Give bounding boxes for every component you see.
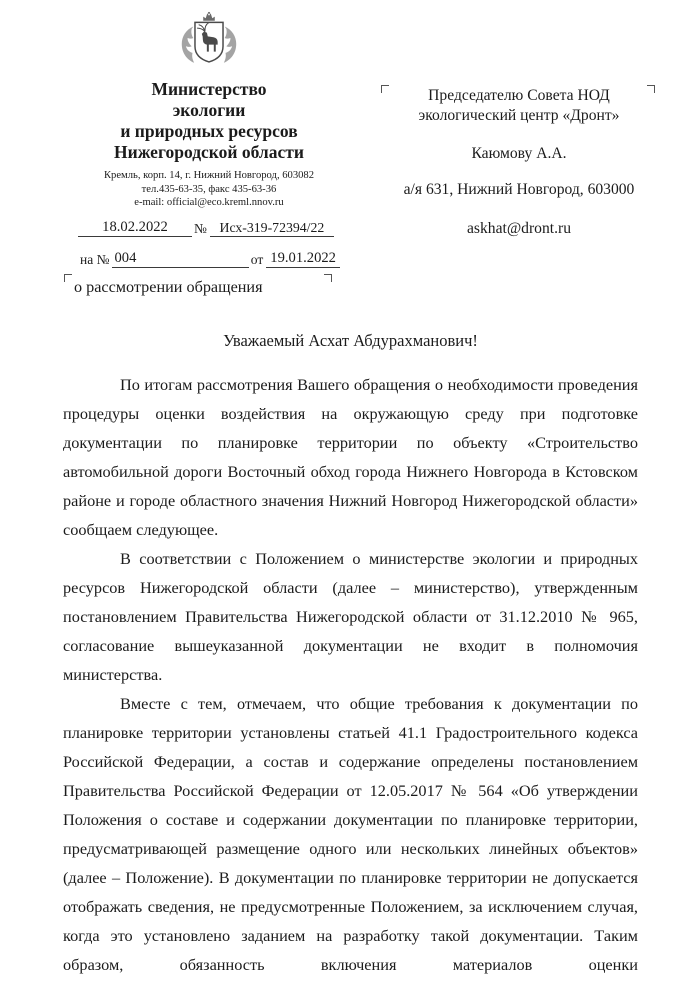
salutation: Уважаемый Асхат Абдурахманович! xyxy=(63,331,638,351)
corner-mark-top-left xyxy=(381,85,389,93)
reply-to-label: на № xyxy=(78,252,112,268)
addressee-postal-address: а/я 631, Нижний Новгород, 603000 xyxy=(383,180,655,200)
addressee-organization: экологический центр «Дронт» xyxy=(383,106,655,126)
incoming-ref-row: на № 004 от 19.01.2022 xyxy=(78,250,340,268)
body-paragraph: По итогам рассмотрения Вашего обращения … xyxy=(63,370,638,544)
subject-text: о рассмотрении обращения xyxy=(74,278,263,296)
org-name-line: экологии xyxy=(78,100,340,121)
outgoing-date: 18.02.2022 xyxy=(78,219,192,237)
corner-mark-top-right xyxy=(647,85,655,93)
org-name-line: и природных ресурсов xyxy=(78,121,340,142)
body-paragraph: В соответствии с Положением о министерст… xyxy=(63,544,638,689)
reference-block: 18.02.2022 № Исх-319-72394/22 на № 004 о… xyxy=(78,219,340,268)
addressee-email: askhat@dront.ru xyxy=(383,219,655,239)
org-contacts: Кремль, корп. 14, г. Нижний Новгород, 60… xyxy=(78,169,340,210)
outgoing-ref-row: 18.02.2022 № Исх-319-72394/22 xyxy=(78,219,340,237)
letter-body: По итогам рассмотрения Вашего обращения … xyxy=(63,370,638,979)
letter-page: Министерство экологии и природных ресурс… xyxy=(0,0,700,990)
letterhead: Министерство экологии и природных ресурс… xyxy=(78,10,340,268)
outgoing-number: Исх-319-72394/22 xyxy=(210,220,334,237)
body-paragraph: Вместе с тем, отмечаем, что общие требов… xyxy=(63,689,638,979)
subject-block: о рассмотрении обращения xyxy=(64,274,332,297)
corner-mark-top-right xyxy=(324,274,332,282)
coat-of-arms-icon xyxy=(166,10,252,76)
org-name-line: Нижегородской области xyxy=(78,142,340,163)
org-phone-fax: тел.435-63-35, факс 435-63-36 xyxy=(78,183,340,197)
corner-mark-top-left xyxy=(64,274,72,282)
org-address: Кремль, корп. 14, г. Нижний Новгород, 60… xyxy=(78,169,340,183)
addressee-block: Председателю Совета НОД экологический це… xyxy=(383,86,655,239)
number-sign-label: № xyxy=(192,221,210,237)
org-name-line: Министерство xyxy=(78,79,340,100)
addressee-name: Каюмову А.А. xyxy=(383,144,655,164)
org-name: Министерство экологии и природных ресурс… xyxy=(78,79,340,163)
reply-to-date: 19.01.2022 xyxy=(266,250,340,268)
reply-to-number: 004 xyxy=(112,250,248,268)
from-label: от xyxy=(249,252,266,268)
addressee-position: Председателю Совета НОД xyxy=(383,86,655,106)
org-email: e-mail: official@eco.kreml.nnov.ru xyxy=(78,196,340,210)
